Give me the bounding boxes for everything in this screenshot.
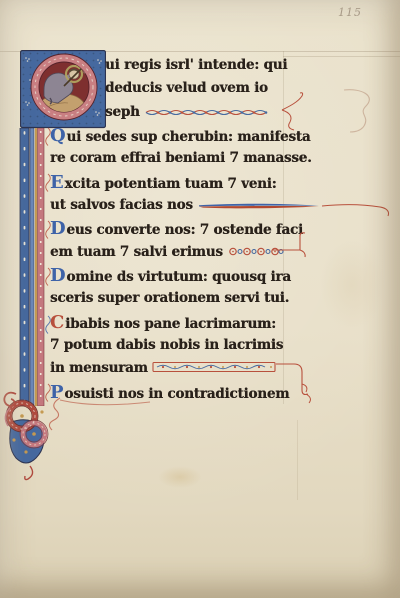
text-line: Domine ds virtutum: quousq ira (50, 264, 295, 287)
text-line: deducis velud ovem io (105, 77, 295, 100)
text-line: ui regis isrl' intende: qui (105, 54, 295, 77)
line-text: em tuam 7 salvi erimus (50, 244, 223, 260)
manuscript-page: 115 (0, 0, 400, 598)
versal-initial: E (50, 172, 64, 193)
line-text: ibabis nos pane lacrimarum: (65, 316, 276, 332)
text-line: seph (105, 101, 295, 124)
text-line: 7 potum dabis nobis in lacrimis (50, 334, 295, 357)
parchment-stain (158, 466, 202, 488)
versal-initial: D (50, 218, 65, 239)
pen-flourish (46, 396, 156, 436)
text-line: em tuam 7 salvi erimus (50, 241, 295, 264)
tendril (4, 393, 16, 406)
line-text: ui sedes sup cherubin: manifesta (66, 129, 310, 145)
text-line: sceris super orationem servi tui. (50, 287, 295, 310)
text-line: in mensuram (50, 357, 295, 380)
line-text: re coram effrai beniami 7 manasse. (50, 150, 312, 166)
line-text: 7 potum dabis nobis in lacrimis (50, 337, 283, 353)
text-line: Qui sedes sup cherubin: manifesta (50, 124, 295, 147)
line-text: sceris super orationem servi tui. (50, 290, 289, 306)
line-filler-vine (144, 108, 272, 117)
versal-initial: D (50, 265, 65, 286)
text-line: Deus converte nos: 7 ostende faci (50, 217, 295, 240)
psalm-text-block: ui regis isrl' intende: qui deducis velu… (50, 54, 295, 404)
line-filler-box-vine (152, 361, 278, 373)
line-text: in mensuram (50, 360, 148, 376)
text-line: ut salvos facias nos (50, 194, 295, 217)
versal-initial: Q (50, 125, 65, 146)
versal-initial: C (50, 312, 64, 333)
line-text: deducis velud ovem io (105, 80, 268, 96)
line-text: eus converte nos: 7 ostende faci (66, 222, 303, 238)
pen-flourish (280, 88, 320, 136)
pen-flourish-faint (336, 86, 380, 138)
line-text: ut salvos facias nos (50, 197, 193, 213)
folio-number: 115 (338, 6, 378, 19)
line-text: xcita potentiam tuam 7 veni: (65, 176, 277, 192)
line-text: seph (105, 104, 140, 120)
pen-flourish (276, 356, 324, 404)
text-line: Excita potentiam tuam 7 veni: (50, 171, 295, 194)
line-text: omine ds virtutum: quousq ira (66, 269, 290, 285)
text-line: re coram effrai beniami 7 manasse. (50, 147, 295, 170)
parchment-crease (297, 420, 298, 500)
line-text: ui regis isrl' intende: qui (105, 57, 287, 73)
pen-flourish (322, 198, 394, 220)
tendril (25, 466, 33, 480)
line-filler-bar (197, 202, 321, 210)
ruling-line-horizontal (283, 56, 400, 57)
text-line: Cibabis nos pane lacrimarum: (50, 311, 295, 334)
parchment-stain (320, 240, 384, 330)
pen-flourish (272, 230, 324, 260)
